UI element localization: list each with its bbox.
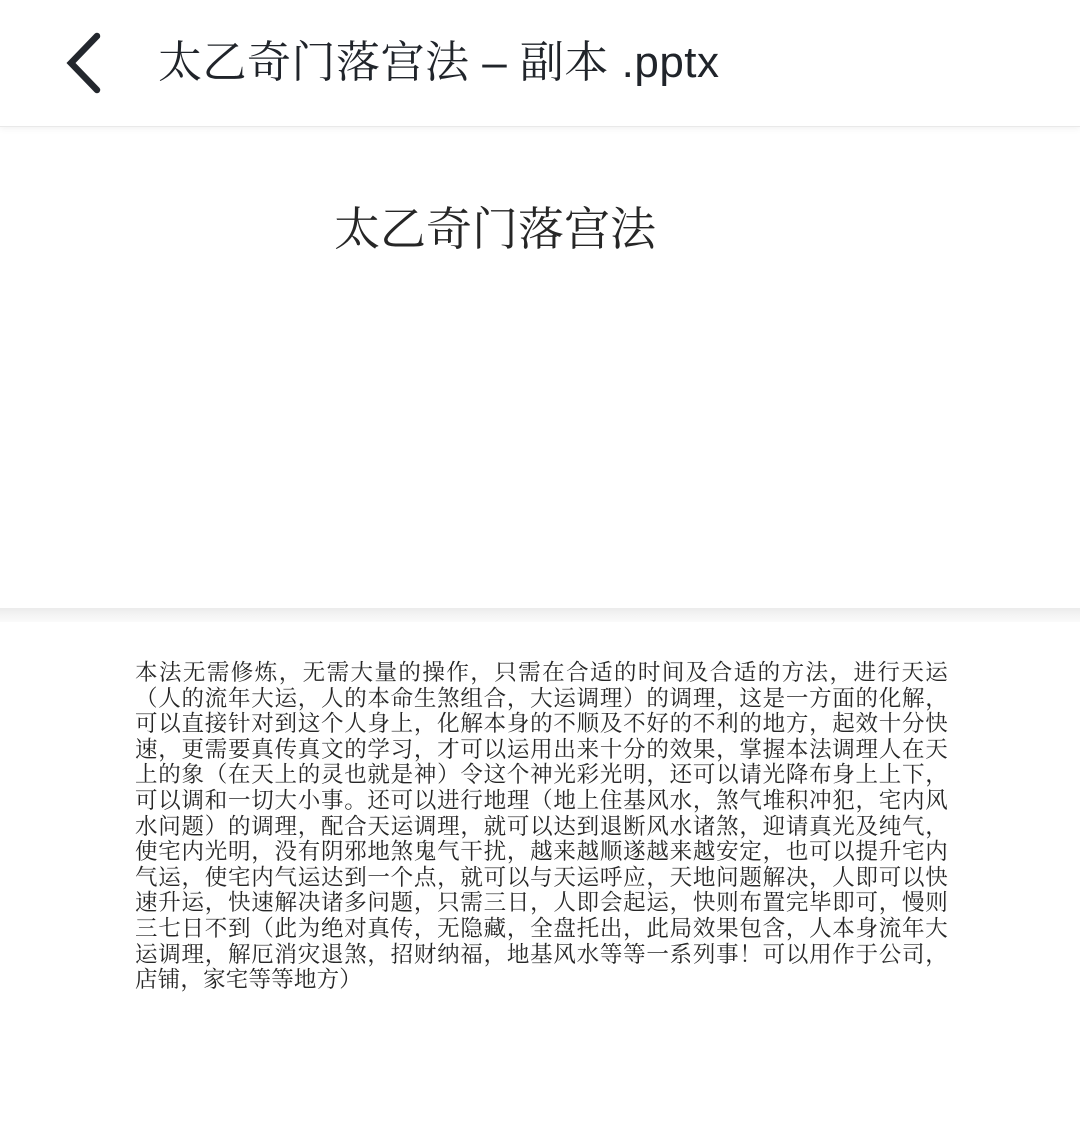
back-button[interactable] [62,27,118,99]
document-scroll-area[interactable]: 太乙奇门落宫法 本法无需修炼，无需大量的操作，只需在合适的时间及合适的方法，进行… [0,127,1080,1146]
document-viewer: 太乙奇门落宫法 – 副本 .pptx 太乙奇门落宫法 本法无需修炼，无需大量的操… [0,0,1080,1146]
slide-2: 本法无需修炼，无需大量的操作，只需在合适的时间及合适的方法，进行天运（人的流年大… [0,622,1080,1146]
slide-1: 太乙奇门落宫法 [0,127,1080,608]
slide-gap [0,608,1080,622]
document-title: 太乙奇门落宫法 – 副本 .pptx [158,37,720,90]
header: 太乙奇门落宫法 – 副本 .pptx [0,0,1080,127]
chevron-left-icon [62,31,104,95]
slide-1-title: 太乙奇门落宫法 [0,203,990,256]
slide-2-body-text: 本法无需修炼，无需大量的操作，只需在合适的时间及合适的方法，进行天运（人的流年大… [135,660,948,993]
